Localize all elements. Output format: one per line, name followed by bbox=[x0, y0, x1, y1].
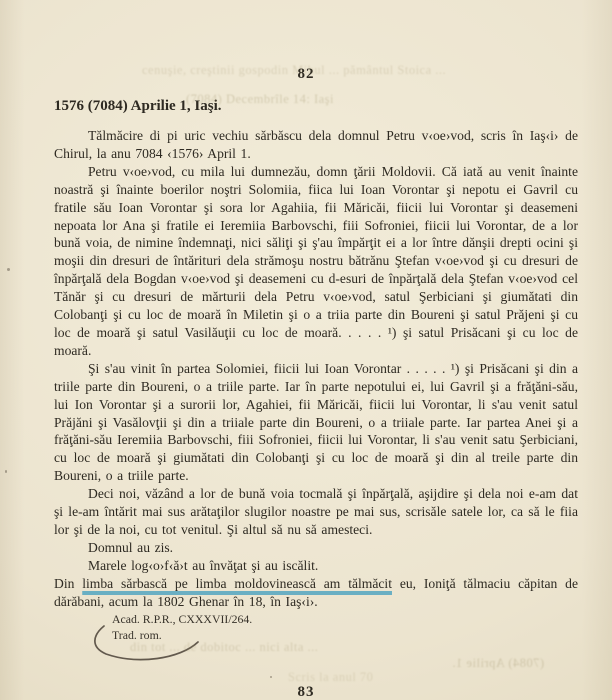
paragraph-charter-body: Petru v‹oe›vod, cu mila lui dumnezău, do… bbox=[54, 163, 578, 360]
page-number-bottom: 83 bbox=[0, 684, 612, 700]
archive-reference: Acad. R.P.R., CXXXVII/264. bbox=[112, 612, 612, 628]
bleedthrough-text: Scris la anul 70 bbox=[288, 670, 373, 685]
bleedthrough-text: (7084) Decembrîle 14: Iaşi bbox=[186, 92, 334, 107]
paper-speck bbox=[7, 268, 10, 271]
document-body: Tălmăcire di pi uric vechiu sărbăscu del… bbox=[54, 127, 578, 610]
footnote-block: Acad. R.P.R., CXXXVII/264. Trad. rom. bbox=[112, 612, 612, 643]
paragraph-domnul-au-zis: Domnul au zis. bbox=[54, 539, 578, 557]
bleedthrough-text: din tot ... de dobitoc ... nici alta ... bbox=[130, 640, 318, 655]
paragraph-confirmation: Deci noi, văzând a lor de bună voia tocm… bbox=[54, 485, 578, 539]
closing-prefix: Din bbox=[54, 576, 82, 591]
blue-underlined-phrase: limba sărbască pe limba moldovinească am… bbox=[82, 576, 392, 591]
bleedthrough-text: cenuşie, creştinii gospodin Mihul ... pă… bbox=[142, 63, 446, 78]
paragraph-logofat: Marele log‹o›f‹ă›t au învăţat şi au iscă… bbox=[54, 557, 578, 575]
paragraph-translation-note: Tălmăcire di pi uric vechiu sărbăscu del… bbox=[54, 127, 578, 163]
paragraph-partition-details: Şi s'au vinit în partea Solomiei, fiicii… bbox=[54, 360, 578, 485]
paper-speck bbox=[5, 470, 7, 473]
paper-speck bbox=[270, 676, 272, 678]
scanned-book-page: 82 1576 (7084) Aprilie 1, Iaşi. Tălmăcir… bbox=[0, 0, 612, 700]
closing-paragraph: Din limba sărbască pe limba moldovineasc… bbox=[54, 575, 578, 611]
bleedthrough-text-mirrored: (7084) Aprilie 1. bbox=[452, 656, 544, 671]
